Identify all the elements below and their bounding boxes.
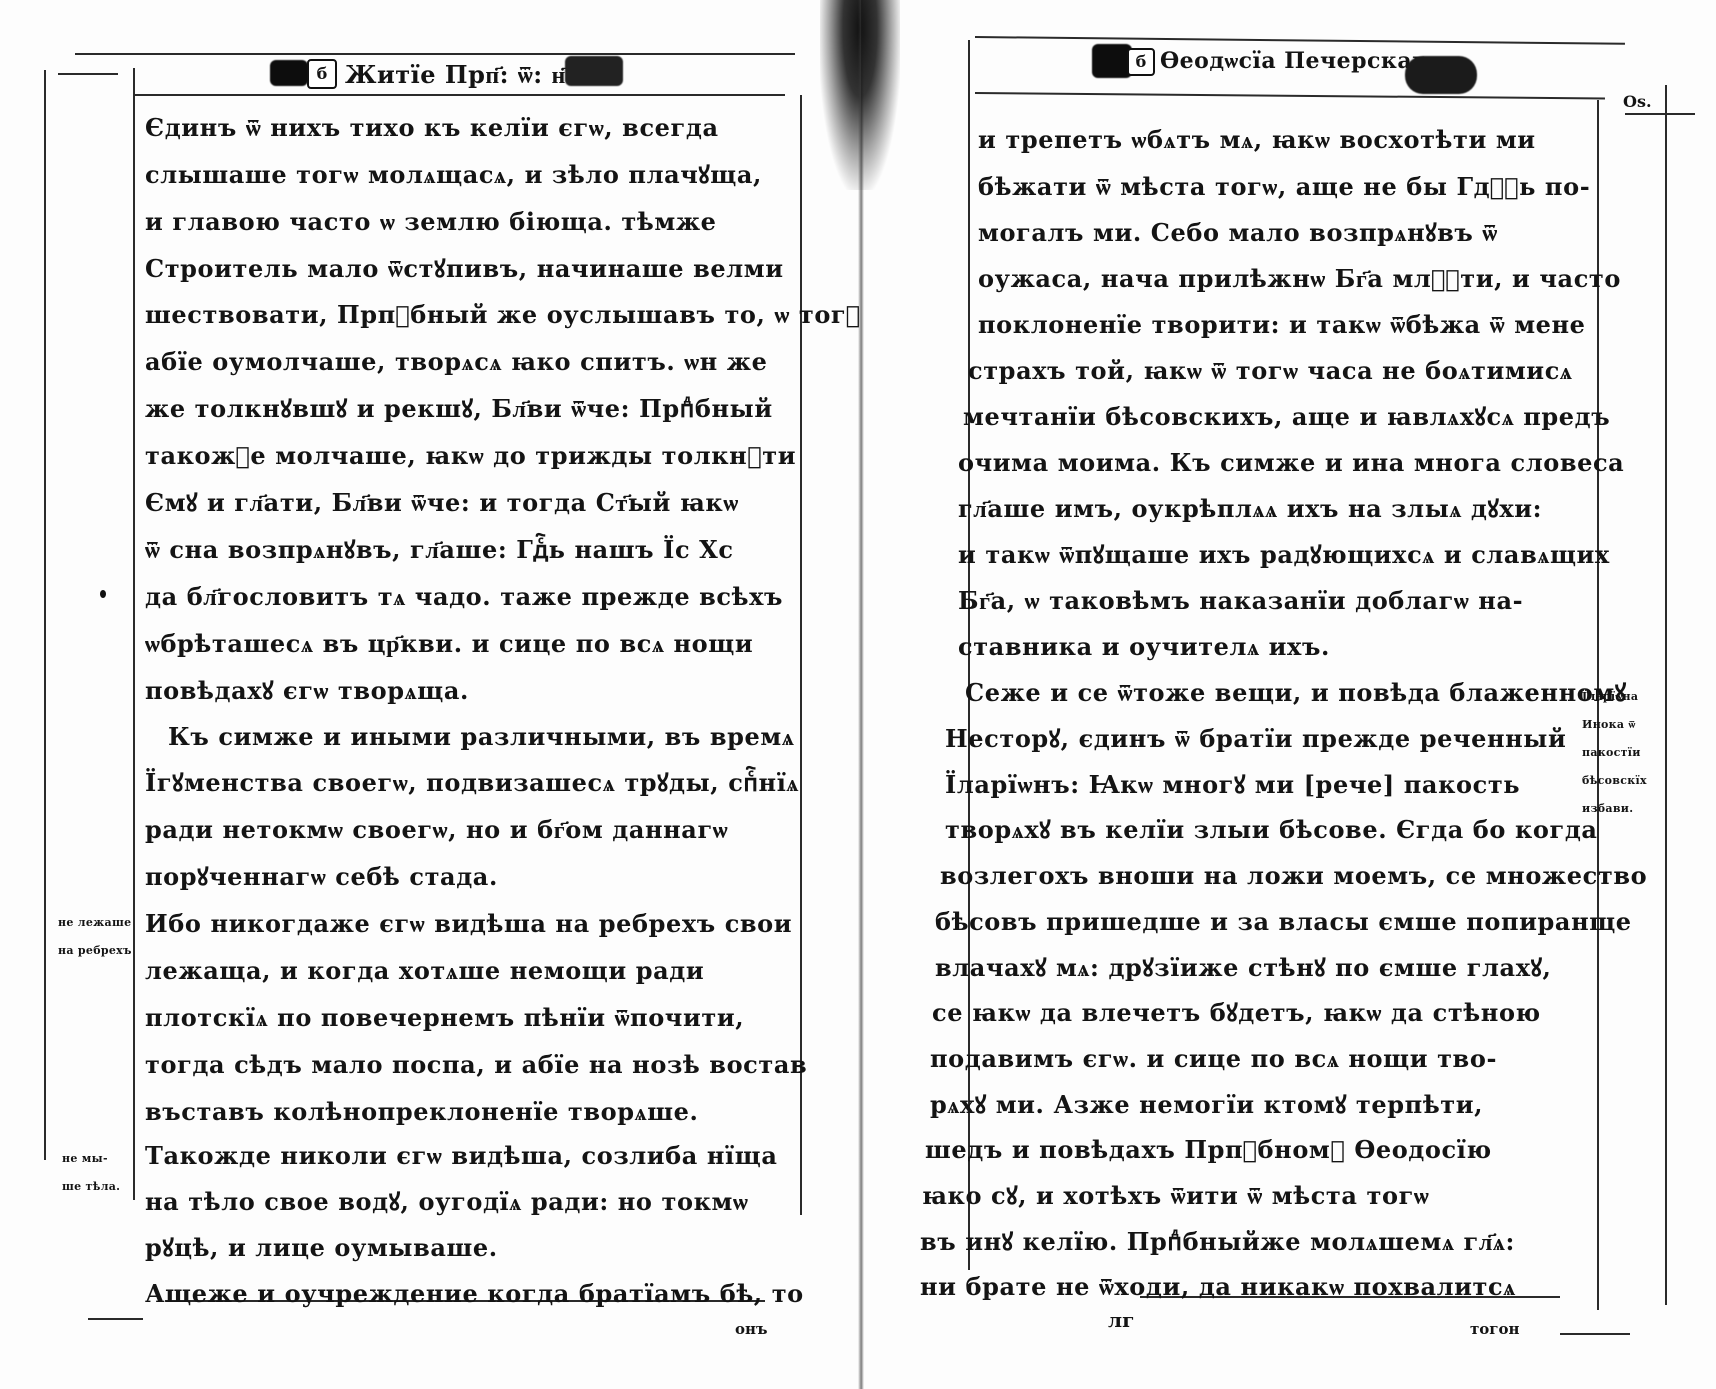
text-line: такожⷣе молчаше, ꙗкѡ до трижды толкнꙋти: [145, 441, 796, 471]
text-line: повѣдахꙋ єгѡ творѧща.: [145, 676, 469, 706]
text-line: Бг҃а, ѡ таковѣмъ наказанїи доблагѡ на-: [958, 586, 1523, 616]
text-line: въ инꙋ келїю. Прпⷣбныйже молѧшемѧ гл҃ѧ:: [920, 1227, 1515, 1257]
header-ornament-right: [565, 56, 623, 86]
text-line: Къ симже и иными различными, въ времѧ: [168, 722, 794, 752]
text-line: ставника и оучителѧ ихъ.: [958, 632, 1330, 662]
text-line: рѧхꙋ ми. Азже немогїи ктомꙋ терпѣти,: [930, 1090, 1483, 1120]
right-catchword: тогон: [1470, 1320, 1519, 1338]
left-margin-tick: [58, 73, 118, 75]
text-line: Сеже и се ѿтоже вещи, и повѣда блаженном…: [965, 678, 1627, 708]
text-line: на тѣло свое водꙋ, оугодїѧ ради: но токм…: [145, 1187, 748, 1217]
text-line: рꙋцѣ, и лице оумываше.: [145, 1233, 498, 1263]
right-header-rule: [975, 92, 1605, 99]
text-line: абїе оумолчаше, творѧсѧ ꙗко спитъ. ѡн же: [145, 347, 768, 377]
margin-note: бѣсовскїх: [1582, 768, 1647, 794]
text-line: страхъ той, ꙗкѡ ѿ тогѡ часа не боѧтимисѧ: [968, 356, 1573, 386]
margin-note: избави.: [1582, 796, 1633, 822]
margin-note: Инока ѿ: [1582, 712, 1636, 738]
text-line: гл҃аше имъ, оукрѣплѧѧ ихъ на злыѧ дꙋхи:: [958, 494, 1542, 524]
text-line: въставъ колѣнопреклоненїе творѧше.: [145, 1097, 698, 1127]
left-inner-frame: [133, 68, 135, 1200]
header-ornament-left: [270, 60, 308, 86]
text-line: поклоненїе творити: и такѡ ѿбѣжа ѿ мене: [978, 310, 1586, 340]
header-ornament-left: [1092, 44, 1132, 78]
right-top-rule: [975, 36, 1625, 44]
right-bottom-tick: [1560, 1333, 1630, 1335]
folio-number: Оѕ.: [1623, 92, 1652, 111]
margin-note: пакостїи: [1582, 740, 1641, 766]
margin-mark-dot: [100, 590, 106, 598]
header-ornament-right: [1405, 56, 1477, 94]
left-outer-frame: [44, 70, 46, 1160]
text-line: подавимъ єгѡ. и сице по всѧ нощи тво-: [930, 1044, 1497, 1074]
right-outer-frame: [1665, 85, 1667, 1305]
text-line: мечтанїи бѣсовскихъ, аще и ꙗвлѧхꙋсѧ пред…: [963, 402, 1610, 432]
text-line: да бл҃гословитъ тѧ чадо. таже прежде всѣ…: [145, 582, 783, 612]
margin-note: не лежаше: [58, 910, 131, 936]
left-catchword: онъ: [735, 1320, 768, 1338]
text-line: очима моима. Къ симже и ина многа словес…: [958, 448, 1624, 478]
text-line: шествовати, Прпⷣбный же оуслышавъ то, ѡ …: [145, 300, 861, 330]
text-line: творѧхꙋ въ келїи злыи бѣсове. Єгда бо ко…: [945, 815, 1598, 845]
margin-note: на ребрехъ: [58, 938, 132, 964]
text-line: ни брате не ѿходи, да никакѡ похвалитсѧ: [920, 1272, 1516, 1302]
margin-note: не мы-: [62, 1146, 108, 1172]
text-line: возлегохъ вноши на ложи моемъ, се множес…: [940, 861, 1647, 891]
text-line: могалъ ми. Себо мало возпрѧнꙋвъ ѿ: [978, 218, 1498, 248]
text-line: ради нетокмѡ своегѡ, но и бг҃ом даннагѡ: [145, 815, 728, 845]
text-line: же толкнꙋвшꙋ и рекшꙋ, Бл҃ви ѿче: Прпⷣбны…: [145, 394, 773, 424]
text-line: оужаса, нача прилѣжнѡ Бг҃а млⷭ҇ти, и час…: [978, 264, 1621, 294]
right-page-running-title: Ѳеодѡсїа Печерскагѡ: [1160, 48, 1440, 74]
header-initial-glyph: б: [307, 59, 337, 89]
text-line: порꙋченнагѡ себѣ стада.: [145, 862, 498, 892]
text-line: и главою часто ѡ землю біюща. тѣмже: [145, 207, 717, 237]
text-line: ѿ сна возпрѧнꙋвъ, гл҃аше: Гдⷭ҇ь нашъ Їс …: [145, 535, 734, 565]
left-page-running-title: Житїе Прп҃: ѿ: н҃і.: [345, 60, 584, 90]
text-line: и такѡ ѿпꙋщаше ихъ радꙋющихсѧ и славѧщих: [958, 540, 1610, 570]
text-line: Їгꙋменства своегѡ, подвизашесѧ трꙋды, сп…: [145, 768, 799, 798]
header-initial-glyph: б: [1127, 48, 1155, 76]
manuscript-spread: б Житїе Прп҃: ѿ: н҃і. Єдинъ ѿ нихъ тихо …: [0, 0, 1716, 1389]
text-line: Ємꙋ и гл҃ати, Бл҃ви ѿче: и тогда Ст҃ый ꙗ…: [145, 488, 739, 518]
text-line: плотскїѧ по повечернемъ пѣнїи ѿпочити,: [145, 1003, 744, 1033]
margin-note: Їларїѡна: [1582, 684, 1638, 710]
text-line: слышаше тогѡ молѧщасѧ, и зѣло плачꙋща,: [145, 160, 762, 190]
text-line: и трепетъ ѡбѧтъ мѧ, ꙗкѡ восхотѣти ми: [978, 125, 1536, 155]
left-top-rule: [75, 53, 795, 55]
text-line: Строитель мало ѿстꙋпивъ, начинаше велми: [145, 254, 784, 284]
margin-note: ше тѣла.: [62, 1174, 120, 1200]
text-line: бѣжати ѿ мѣста тогѡ, аще не бы Гдⷭ҇ь по-: [978, 172, 1590, 202]
text-line: шедъ и повѣдахъ Прпⷣбномꙋ Ѳеодосїю: [925, 1135, 1492, 1165]
text-line: Ибо никогдаже єгѡ видѣша на ребрехъ свои: [145, 909, 792, 939]
book-spine: [858, 0, 864, 1389]
text-line: Єдинъ ѿ нихъ тихо къ келїи єгѡ, всегда: [145, 113, 719, 143]
text-line: лежаща, и когда хотѧше немощи ради: [145, 956, 704, 986]
text-line: Ащеже и оучреждение когда братїамъ бѣ, т…: [145, 1279, 804, 1309]
text-line: ѡбрѣташесѧ въ цр҃кви. и сице по всѧ нощи: [145, 629, 753, 659]
text-line: бѣсовъ пришедше и за власы ємше попиранщ…: [935, 907, 1632, 937]
left-header-rule: [135, 94, 785, 96]
left-gutter-frame: [800, 95, 802, 1215]
text-line: Їларїѡнъ: Ꙗкѡ многꙋ ми [рече] пакость: [945, 770, 1520, 800]
page-number: лг: [1108, 1308, 1134, 1332]
text-line: Несторꙋ, єдинъ ѿ братїи прежде реченный: [945, 724, 1566, 754]
text-line: се ꙗкѡ да влечетъ бꙋдетъ, ꙗкѡ да стѣною: [932, 998, 1541, 1028]
text-line: тогда сѣдъ мало поспа, и абїе на нозѣ во…: [145, 1050, 807, 1080]
right-folio-rule: [1625, 113, 1695, 115]
text-line: влачахꙋ мѧ: дрꙋзїиже стѣнꙋ по ємше глахꙋ…: [935, 953, 1551, 983]
text-line: Такожде николи єгѡ видѣша, созлиба нїща: [145, 1141, 778, 1171]
left-bottom-tick: [88, 1318, 143, 1320]
text-line: ꙗко сꙋ, и хотѣхъ ѿити ѿ мѣста тогѡ: [922, 1181, 1429, 1211]
